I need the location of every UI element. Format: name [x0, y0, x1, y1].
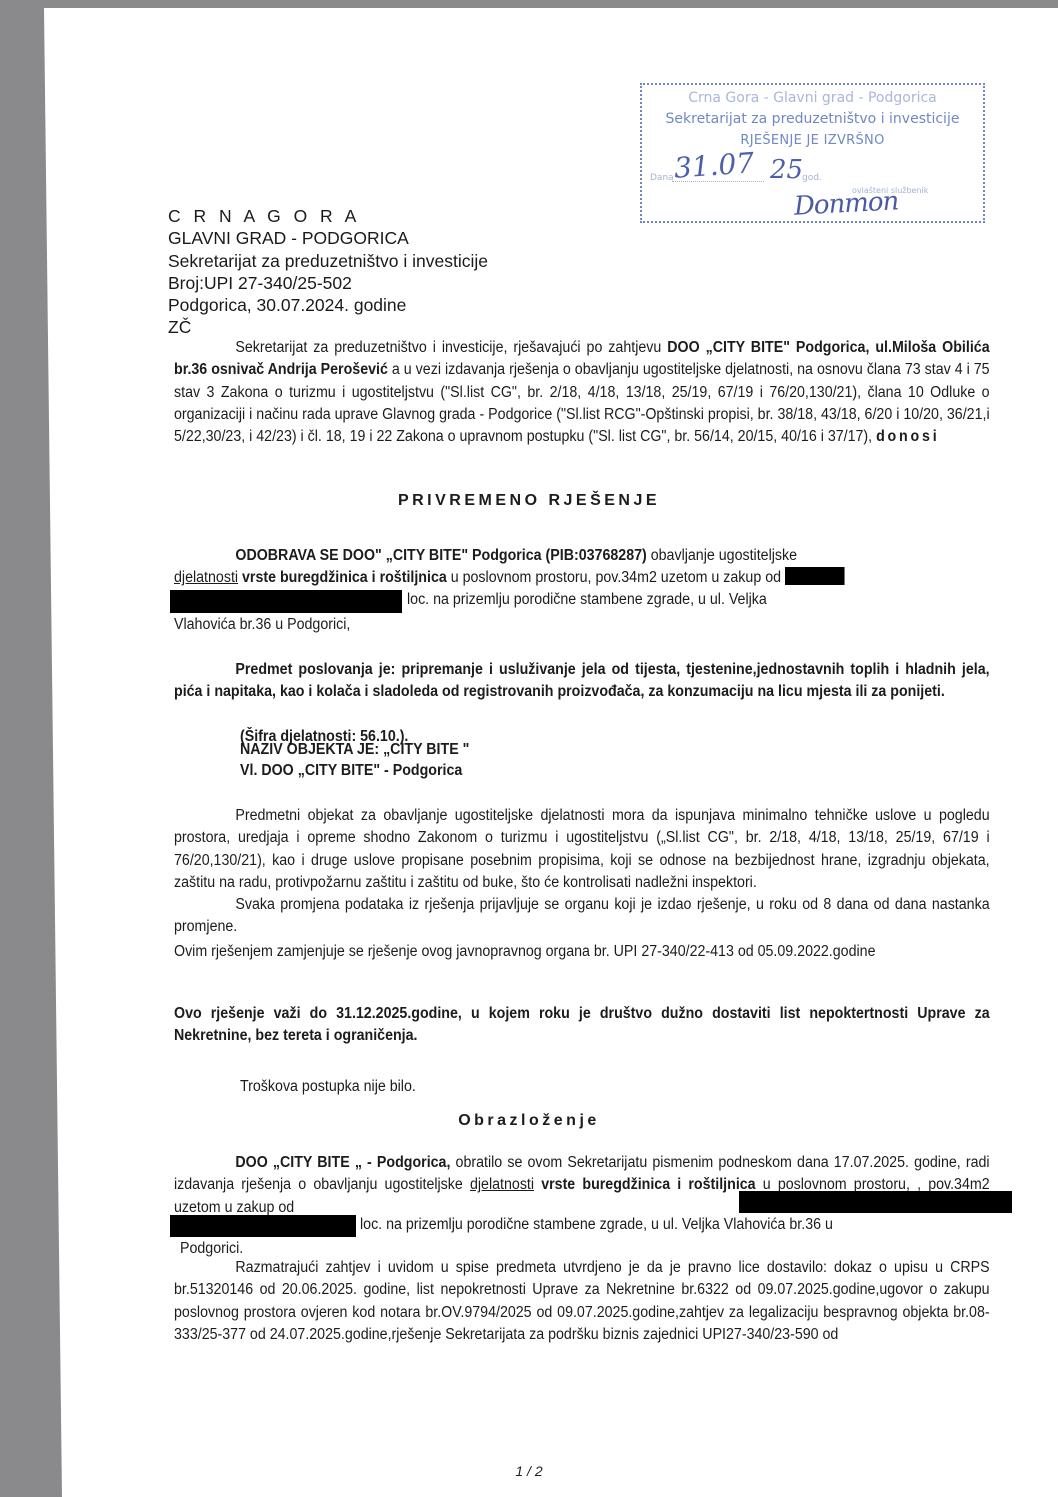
reasoning-paragraph-2: Razmatrajući zahtjev i uvidom u spise pr…: [174, 1257, 990, 1346]
stamp-line-1: Crna Gora - Glavni grad - Podgorica: [642, 90, 983, 106]
stamp-god-label: god.: [802, 173, 822, 183]
object-name-line-2: Vl. DOO „CITY BITE" - Podgorica: [240, 760, 462, 782]
header-initials: ZČ: [168, 316, 488, 338]
redaction-bar: [785, 567, 845, 585]
header-place-date: Podgorica, 30.07.2024. godine: [168, 294, 488, 316]
reasoning-line-4: loc. na prizemlju porodične stambene zgr…: [360, 1214, 833, 1236]
redaction-bar: [170, 590, 402, 613]
approval-line-3: loc. na prizemlju porodične stambene zgr…: [407, 589, 767, 611]
page-number: 1 / 2: [0, 1463, 1058, 1479]
reasoning-title: Obrazloženje: [0, 1112, 1058, 1130]
stamp-signature: Donmon: [793, 186, 899, 221]
approval-line-4: Vlahovića br.36 u Podgorici,: [174, 614, 350, 636]
conditions-paragraph: Predmetni objekat za obavljanje ugostite…: [174, 805, 990, 894]
redaction-bar: [739, 1191, 1012, 1213]
header-department: Sekretarijat za preduzetništvo i investi…: [168, 250, 488, 272]
decision-title: PRIVREMENO RJEŠENJE: [0, 492, 1058, 510]
document-header: C R N A G O R A GLAVNI GRAD - PODGORICA …: [168, 205, 488, 339]
stamp-line-3: RJEŠENJE JE IZVRŠNO: [642, 133, 983, 148]
stamp-handwritten-date: 31.07: [673, 146, 755, 185]
header-city: GLAVNI GRAD - PODGORICA: [168, 227, 488, 249]
replacement-paragraph: Ovim rješenjem zamjenjuje se rješenje ov…: [174, 941, 990, 963]
subject-paragraph: Predmet poslovanja je: pripremanje i usl…: [174, 659, 990, 704]
validity-paragraph: Ovo rješenje važi do 31.12.2025.godine, …: [174, 1003, 990, 1048]
stamp-handwritten-year: 25: [770, 155, 803, 185]
header-number: Broj:UPI 27-340/25-502: [168, 272, 488, 294]
costs-line: Troškova postupka nije bilo.: [240, 1076, 416, 1098]
stamp-line-2: Sekretarijat za preduzetništvo i investi…: [642, 111, 983, 127]
stamp-dana-label: Dana: [650, 173, 674, 183]
header-country: C R N A G O R A: [168, 205, 488, 227]
execution-stamp: Crna Gora - Glavni grad - Podgorica Sekr…: [640, 83, 985, 223]
change-notice-paragraph: Svaka promjena podataka iz rješenja prij…: [174, 894, 990, 939]
approval-paragraph: ODOBRAVA SE DOO" „CITY BITE" Podgorica (…: [174, 545, 990, 590]
redaction-bar: [170, 1215, 356, 1237]
intro-paragraph: Sekretarijat za preduzetništvo i investi…: [174, 337, 990, 448]
object-name-line-1: NAZIV OBJEKTA JE: „CITY BITE ": [240, 739, 469, 761]
